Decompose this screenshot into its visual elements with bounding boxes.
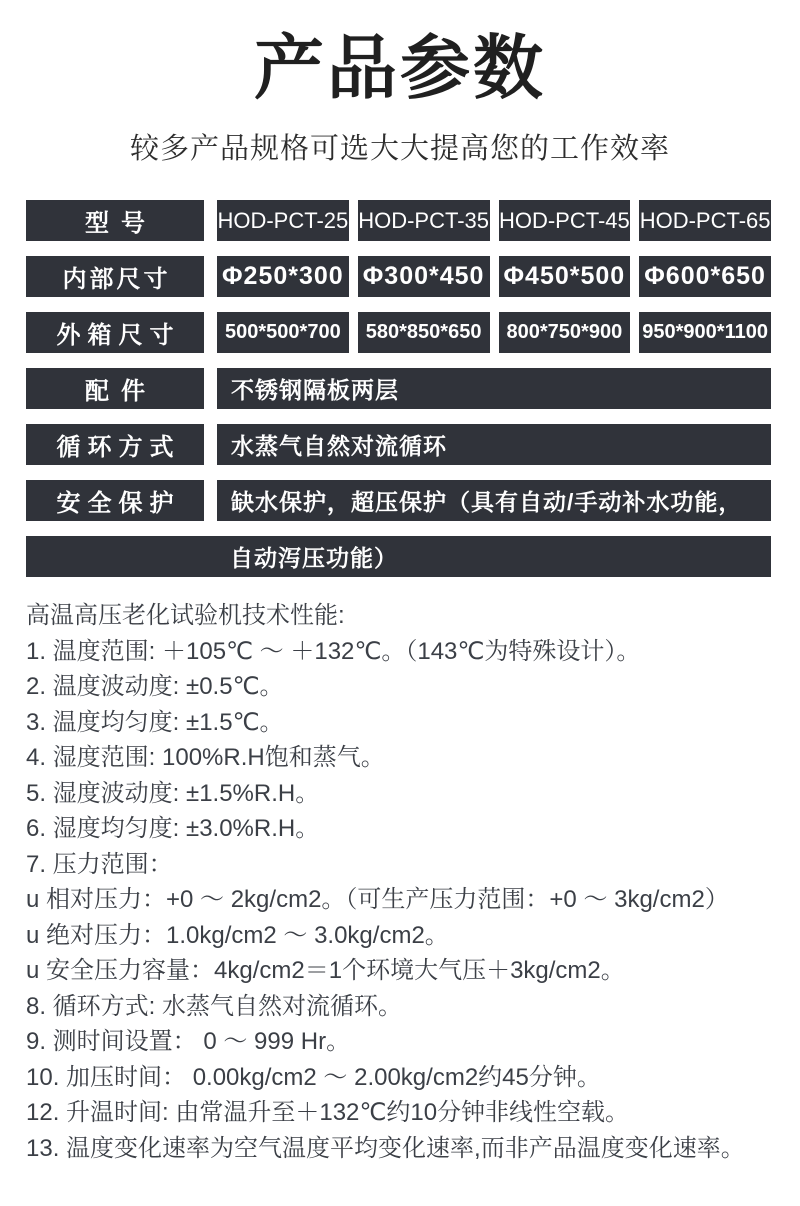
page-subtitle: 较多产品规格可选大大提高您的工作效率: [0, 126, 800, 167]
row-label-accessories: 配件: [26, 368, 204, 409]
outer-size-value: 800*750*900: [499, 312, 631, 353]
spec-line-circulation-mode: 8. 循环方式: 水蒸气自然对流循环。: [26, 989, 785, 1025]
spec-line-humidity-range: 4. 湿度范围: 100%R.H饱和蒸气。: [26, 740, 785, 776]
inner-size-value: Φ600*650: [639, 256, 771, 297]
table-row-safety: 安全保护 缺水保护，超压保护（具有自动/手动补水功能，: [26, 480, 771, 521]
inner-size-value: Φ250*300: [217, 256, 349, 297]
row-label-circulation: 循环方式: [26, 424, 204, 465]
table-row-model: 型号 HOD-PCT-25 HOD-PCT-35 HOD-PCT-45 HOD-…: [26, 200, 771, 241]
inner-size-value: Φ450*500: [499, 256, 631, 297]
product-parameters-page: 产品参数 较多产品规格可选大大提高您的工作效率 型号 HOD-PCT-25 HO…: [0, 0, 800, 1206]
row-label-outer-size: 外箱尺寸: [26, 312, 204, 353]
accessories-value: 不锈钢隔板两层: [217, 368, 771, 409]
row-values-model: HOD-PCT-25 HOD-PCT-35 HOD-PCT-45 HOD-PCT…: [217, 200, 771, 241]
spec-line-humidity-uniformity: 6. 湿度均匀度: ±3.0%R.H。: [26, 811, 785, 847]
inner-size-value: Φ300*450: [358, 256, 490, 297]
spec-line-pressurize-time: 10. 加压时间： 0.00kg/cm2 ～ 2.00kg/cm2约45分钟。: [26, 1060, 785, 1096]
spec-line-heatup-time: 12. 升温时间: 由常温升至＋132℃约10分钟非线性空载。: [26, 1095, 785, 1131]
specs-heading: 高温高压老化试验机技术性能:: [26, 598, 785, 634]
spec-line-safe-pressure-capacity: u 安全压力容量：4kg/cm2＝1个环境大气压＋3kg/cm2。: [26, 953, 785, 989]
spec-line-temp-range: 1. 温度范围: ＋105℃ ～ ＋132℃。（143℃为特殊设计）。: [26, 634, 785, 670]
outer-size-value: 580*850*650: [358, 312, 490, 353]
table-row-inner-size: 内部尺寸 Φ250*300 Φ300*450 Φ450*500 Φ600*650: [26, 256, 771, 297]
table-row-accessories: 配件 不锈钢隔板两层: [26, 368, 771, 409]
spec-table: 型号 HOD-PCT-25 HOD-PCT-35 HOD-PCT-45 HOD-…: [26, 200, 771, 577]
row-values-outer-size: 500*500*700 580*850*650 800*750*900 950*…: [217, 312, 771, 353]
outer-size-value: 950*900*1100: [639, 312, 771, 353]
table-row-safety-continued: 自动泻压功能）: [26, 536, 771, 577]
spec-line-absolute-pressure: u 绝对压力：1.0kg/cm2 ～ 3.0kg/cm2。: [26, 918, 785, 954]
circulation-value: 水蒸气自然对流循环: [217, 424, 771, 465]
model-value: HOD-PCT-35: [358, 200, 490, 241]
table-row-circulation: 循环方式 水蒸气自然对流循环: [26, 424, 771, 465]
row-values-inner-size: Φ250*300 Φ300*450 Φ450*500 Φ600*650: [217, 256, 771, 297]
page-title: 产品参数: [0, 0, 800, 103]
model-value: HOD-PCT-45: [499, 200, 631, 241]
model-value: HOD-PCT-25: [217, 200, 349, 241]
row-label-model: 型号: [26, 200, 204, 241]
spec-line-relative-pressure: u 相对压力：+0 ～ 2kg/cm2。（可生产压力范围：+0 ～ 3kg/cm…: [26, 882, 785, 918]
spec-line-time-setting: 9. 测时间设置： 0 ～ 999 Hr。: [26, 1024, 785, 1060]
spec-line-temp-change-rate: 13. 温度变化速率为空气温度平均变化速率,而非产品温度变化速率。: [26, 1131, 785, 1167]
safety-value: 缺水保护，超压保护（具有自动/手动补水功能，: [217, 480, 771, 521]
outer-size-value: 500*500*700: [217, 312, 349, 353]
spec-line-temp-uniformity: 3. 温度均匀度: ±1.5℃。: [26, 705, 785, 741]
technical-specs-list: 高温高压老化试验机技术性能: 1. 温度范围: ＋105℃ ～ ＋132℃。（1…: [26, 598, 785, 1166]
row-label-safety: 安全保护: [26, 480, 204, 521]
model-value: HOD-PCT-65: [639, 200, 771, 241]
row-label-inner-size: 内部尺寸: [26, 256, 204, 297]
spec-line-pressure-range: 7. 压力范围：: [26, 847, 785, 883]
spec-line-humidity-fluctuation: 5. 湿度波动度: ±1.5%R.H。: [26, 776, 785, 812]
spec-line-temp-fluctuation: 2. 温度波动度: ±0.5℃。: [26, 669, 785, 705]
safety-value-continued: 自动泻压功能）: [26, 536, 771, 577]
table-row-outer-size: 外箱尺寸 500*500*700 580*850*650 800*750*900…: [26, 312, 771, 353]
